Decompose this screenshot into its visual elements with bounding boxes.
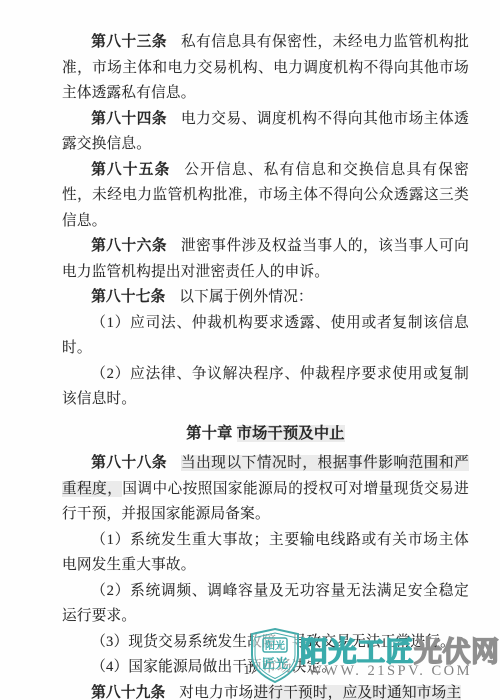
list-item-paragraph: （1）应司法、仲裁机构要求透露、使用或者复制该信息时。 xyxy=(62,311,469,362)
list-item-paragraph: （2）应法律、争议解决程序、仲裁程序要求使用或复制该信息时。 xyxy=(62,362,469,413)
text-segment: （1）应司法、仲裁机构要求透露、使用或者复制该信息时。 xyxy=(62,315,469,357)
article-number: 第八十三条 xyxy=(91,34,181,50)
text-segment: （3）现货交易系统发生故障，导致交易无法正常进行。 xyxy=(91,634,455,650)
article-number: 第八十四条 xyxy=(91,111,181,127)
text-segment: 进行干预时，应及时通知市场主 xyxy=(254,685,462,700)
list-item-paragraph: （1）系统发生重大事故；主要输电线路或有关市场主体电网发生重大事故。 xyxy=(62,528,469,579)
article-paragraph: 第八十三条私有信息具有保密性，未经电力监管机构批准，市场主体和电力交易机构、电力… xyxy=(62,30,469,107)
text-segment: （2）系统调频、调峰容量及无功容量无法满足安全稳定运行要求。 xyxy=(62,583,469,625)
article-number: 第八十六条 xyxy=(91,238,181,254)
article-paragraph: 第八十七条以下属于例外情况： xyxy=(62,285,469,311)
chapter-heading: 第十章 市场干预及中止 xyxy=(62,421,469,447)
text-segment: 以下属于例外情况： xyxy=(179,289,313,305)
text-segment: （1）系统发生重大事故；主要输电线路或有关市场主体电网发生重大事故。 xyxy=(62,532,469,574)
article-paragraph: 第八十九条对电力市场进行干预时，应及时通知市场主 xyxy=(62,681,469,700)
article-paragraph: 第八十八条当出现以下情况时，根据事件影响范围和严重程度，国调中心按照国家能源局的… xyxy=(62,451,469,528)
text-segment: 国调中心按照国家能源局的授权可对增量现货交易进行干预，并报国家能源局备案。 xyxy=(62,481,469,523)
text-segment: 第十章 xyxy=(186,425,236,442)
text-segment: 市场干预及中止 xyxy=(237,425,345,442)
document-content: 第八十三条私有信息具有保密性，未经电力监管机构批准，市场主体和电力交易机构、电力… xyxy=(62,30,469,700)
document-page: 第八十三条私有信息具有保密性，未经电力监管机构批准，市场主体和电力交易机构、电力… xyxy=(0,0,500,700)
article-number: 第八十五条 xyxy=(91,162,184,178)
page-number: 17 xyxy=(0,662,500,678)
article-number: 第八十七条 xyxy=(91,289,179,305)
text-segment: （2）应法律、争议解决程序、仲裁程序要求使用或复制该信息时。 xyxy=(62,366,469,408)
list-item-paragraph: （3）现货交易系统发生故障，导致交易无法正常进行。 xyxy=(62,630,469,656)
article-paragraph: 第八十六条泄密事件涉及权益当事人的，该当事人可向电力监管机构提出对泄密责任人的申… xyxy=(62,234,469,285)
list-item-paragraph: （2）系统调频、调峰容量及无功容量无法满足安全稳定运行要求。 xyxy=(62,579,469,630)
article-number: 第八十九条 xyxy=(91,685,179,700)
article-number: 第八十八条 xyxy=(91,455,181,471)
text-segment: 对电力市场 xyxy=(179,685,253,700)
article-paragraph: 第八十五条公开信息、私有信息和交换信息具有保密性，未经电力监管机构批准，市场主体… xyxy=(62,158,469,235)
article-paragraph: 第八十四条电力交易、调度机构不得向其他市场主体透露交换信息。 xyxy=(62,107,469,158)
